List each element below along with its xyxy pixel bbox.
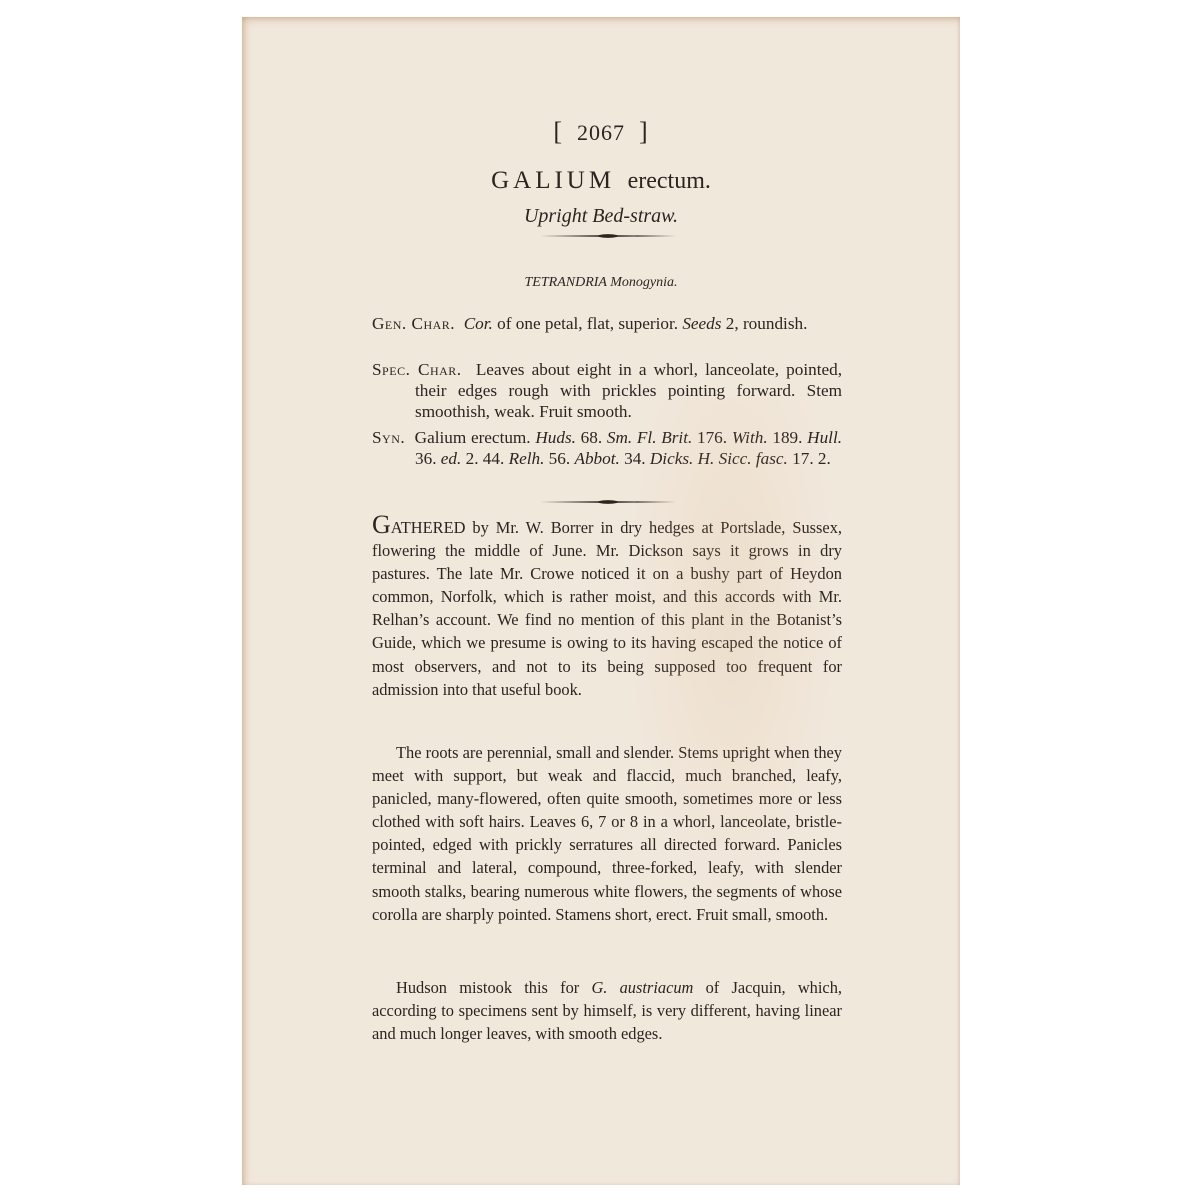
syn-item: Huds. bbox=[535, 428, 576, 447]
bracket-left: [ bbox=[539, 117, 577, 146]
classification-class: TETRANDRIA bbox=[525, 275, 607, 290]
syn-item: Hull. bbox=[807, 428, 842, 447]
syn-item: 56. bbox=[544, 449, 574, 468]
cor-label: Cor. bbox=[464, 314, 493, 333]
gen-char-label: Gen. Char. bbox=[372, 314, 455, 333]
syn-label: Syn. bbox=[372, 428, 405, 447]
bracket-right: ] bbox=[625, 117, 663, 146]
book-page: [2067] GALIUM erectum. Upright Bed-straw… bbox=[242, 17, 960, 1185]
syn-item: Relh. bbox=[509, 449, 545, 468]
generic-character: Gen. Char. Cor. of one petal, flat, supe… bbox=[372, 313, 842, 334]
classification-order: Monogynia. bbox=[610, 275, 677, 290]
paragraph-3-text-a: Hudson mistook this for bbox=[396, 978, 591, 997]
syn-item: ed. bbox=[441, 449, 462, 468]
gen-char-text-a: of one petal, flat, superior. bbox=[493, 314, 682, 333]
gen-char-text-b: 2, roundish. bbox=[721, 314, 807, 333]
syn-item: 34. bbox=[620, 449, 650, 468]
linnaean-classification: TETRANDRIA Monogynia. bbox=[242, 275, 960, 291]
species-reference: G. austriacum bbox=[591, 978, 693, 997]
drop-cap: G bbox=[372, 510, 391, 539]
syn-item: 2. 44. bbox=[461, 449, 508, 468]
common-name: Upright Bed-straw. bbox=[242, 205, 960, 228]
syn-item: With. bbox=[732, 428, 768, 447]
ornamental-divider-icon bbox=[540, 499, 676, 503]
spec-char-label: Spec. Char. bbox=[372, 360, 462, 379]
syn-item: Sm. Fl. Brit. bbox=[607, 428, 692, 447]
syn-item: Abbot. bbox=[574, 449, 619, 468]
paragraph-habitat: GATHERED by Mr. W. Borrer in dry hedges … bbox=[372, 513, 842, 701]
syn-item: 17. 2. bbox=[788, 449, 831, 468]
syn-item: 189. bbox=[768, 428, 808, 447]
syn-item: 176. bbox=[692, 428, 732, 447]
ornamental-divider-icon bbox=[540, 233, 676, 237]
paragraph-description: The roots are perennial, small and slend… bbox=[372, 741, 842, 926]
syn-item: 68. bbox=[576, 428, 607, 447]
paragraph-remarks: Hudson mistook this for G. austriacum of… bbox=[372, 976, 842, 1045]
syn-item: 36. bbox=[415, 449, 441, 468]
paragraph-2-text: The roots are perennial, small and slend… bbox=[372, 741, 842, 926]
species-name: erectum. bbox=[628, 168, 711, 194]
syn-item: Galium erectum. bbox=[415, 428, 536, 447]
plate-number: [2067] bbox=[242, 117, 960, 147]
synonymy: Syn. Galium erectum. Huds. 68. Sm. Fl. B… bbox=[372, 427, 842, 469]
syn-item: Dicks. H. Sicc. fasc. bbox=[650, 449, 788, 468]
spec-char-text: Leaves about eight in a whorl, lanceolat… bbox=[415, 360, 842, 421]
specific-character: Spec. Char. Leaves about eight in a whor… bbox=[372, 359, 842, 422]
plate-number-value: 2067 bbox=[577, 120, 625, 145]
seeds-label: Seeds bbox=[682, 314, 721, 333]
genus-name: GALIUM bbox=[491, 167, 615, 194]
lead-word: ATHERED bbox=[391, 518, 466, 537]
paragraph-1-text: by Mr. W. Borrer in dry hedges at Portsl… bbox=[372, 518, 842, 699]
page-title: GALIUM erectum. bbox=[242, 165, 960, 195]
